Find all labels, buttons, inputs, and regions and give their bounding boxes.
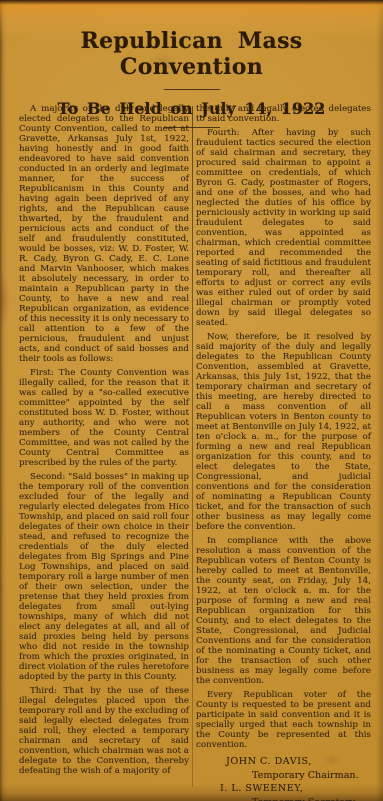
paragraph-third-continued: the duly and legally elected delegates t… <box>196 104 371 124</box>
paragraph-invitation: Every Republican voter of the County is … <box>196 690 371 750</box>
column-divider-rule <box>192 106 193 787</box>
paragraph-intro: A majority of the duly and legally elect… <box>19 104 189 364</box>
signatory-name: I. L. SWEENEY, <box>196 782 371 796</box>
paragraph-third: Third: That by the use of these illegal … <box>19 686 189 776</box>
signatory-title: Temporary Secretary <box>196 796 371 801</box>
signature-block: JOHN C. DAVIS, Temporary Chairman. I. L.… <box>196 755 371 801</box>
paragraph-compliance-call: In compliance with the above resolution … <box>196 536 371 686</box>
right-column: the duly and legally elected delegates t… <box>196 104 371 801</box>
text-columns: A majority of the duly and legally elect… <box>0 104 383 801</box>
document-page: Republican Mass Convention To Be Held on… <box>0 0 383 801</box>
paragraph-resolution: Now, therefore, be it resolved by said m… <box>196 332 371 532</box>
paragraph-second: Second: "Said bosses" in making up the t… <box>19 472 189 682</box>
left-column: A majority of the duly and legally elect… <box>19 104 189 801</box>
document-title: Republican Mass Convention <box>10 28 373 80</box>
signatory-title: Temporary Chairman. <box>196 769 371 783</box>
signatory-name: JOHN C. DAVIS, <box>196 755 371 769</box>
paragraph-first: First: The County Convention was illegal… <box>19 368 189 468</box>
title-divider-rule <box>164 89 220 90</box>
paragraph-fourth: Fourth: After having by such fraudulent … <box>196 128 371 328</box>
